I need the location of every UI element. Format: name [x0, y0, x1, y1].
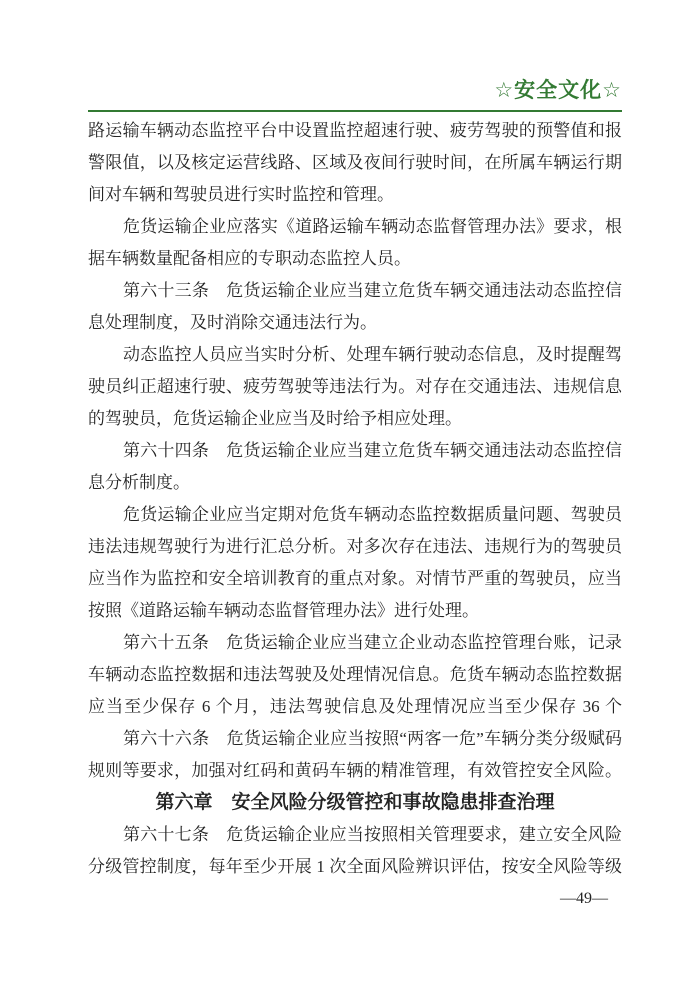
text-line: 应当作为监控和安全培训教育的重点对象。对情节严重的驾驶员，应当 [88, 563, 622, 595]
text-line: 应当至少保存 6 个月，违法驾驶信息及处理情况应当至少保存 36 个月。 [88, 691, 622, 723]
page-number: —49— [88, 888, 608, 910]
document-body: 路运输车辆动态监控平台中设置监控超速行驶、疲劳驾驶的预警值和报警限值，以及核定运… [88, 115, 622, 883]
text-line: 第六十七条 危货运输企业应当按照相关管理要求，建立安全风险 [88, 819, 622, 851]
chapter-heading: 第六章 安全风险分级管控和事故隐患排查治理 [88, 787, 622, 819]
text-line: 第六十六条 危货运输企业应当按照“两客一危”车辆分类分级赋码 [88, 723, 622, 755]
text-line: 警限值，以及核定运营线路、区域及夜间行驶时间，在所属车辆运行期 [88, 147, 622, 179]
text-line: 车辆动态监控数据和违法驾驶及处理情况信息。危货车辆动态监控数据 [88, 659, 622, 691]
text-line: 动态监控人员应当实时分析、处理车辆行驶动态信息，及时提醒驾 [88, 339, 622, 371]
text-line: 的驾驶员，危货运输企业应当及时给予相应处理。 [88, 403, 622, 435]
text-line: 违法违规驾驶行为进行汇总分析。对多次存在违法、违规行为的驾驶员 [88, 531, 622, 563]
text-line: 驶员纠正超速行驶、疲劳驾驶等违法行为。对存在交通违法、违规信息 [88, 371, 622, 403]
text-line: 路运输车辆动态监控平台中设置监控超速行驶、疲劳驾驶的预警值和报 [88, 115, 622, 147]
header-title: ☆安全文化☆ [494, 79, 622, 102]
text-line: 间对车辆和驾驶员进行实时监控和管理。 [88, 179, 622, 211]
text-line: 分级管控制度，每年至少开展 1 次全面风险辨识评估，按安全风险等级 [88, 851, 622, 883]
page-header: ☆安全文化☆ [88, 78, 622, 104]
header-rule [88, 110, 622, 112]
text-line: 危货运输企业应落实《道路运输车辆动态监督管理办法》要求，根 [88, 211, 622, 243]
text-line: 第六十三条 危货运输企业应当建立危货车辆交通违法动态监控信 [88, 275, 622, 307]
text-line: 第六十五条 危货运输企业应当建立企业动态监控管理台账，记录 [88, 627, 622, 659]
text-line: 第六十四条 危货运输企业应当建立危货车辆交通违法动态监控信 [88, 435, 622, 467]
text-line: 息处理制度，及时消除交通违法行为。 [88, 307, 622, 339]
text-line: 危货运输企业应当定期对危货车辆动态监控数据质量问题、驾驶员 [88, 499, 622, 531]
document-page: ☆安全文化☆ 路运输车辆动态监控平台中设置监控超速行驶、疲劳驾驶的预警值和报警限… [0, 0, 700, 990]
text-line: 据车辆数量配备相应的专职动态监控人员。 [88, 243, 622, 275]
text-line: 息分析制度。 [88, 467, 622, 499]
text-line: 按照《道路运输车辆动态监督管理办法》进行处理。 [88, 595, 622, 627]
text-line: 规则等要求，加强对红码和黄码车辆的精准管理，有效管控安全风险。 [88, 755, 622, 787]
